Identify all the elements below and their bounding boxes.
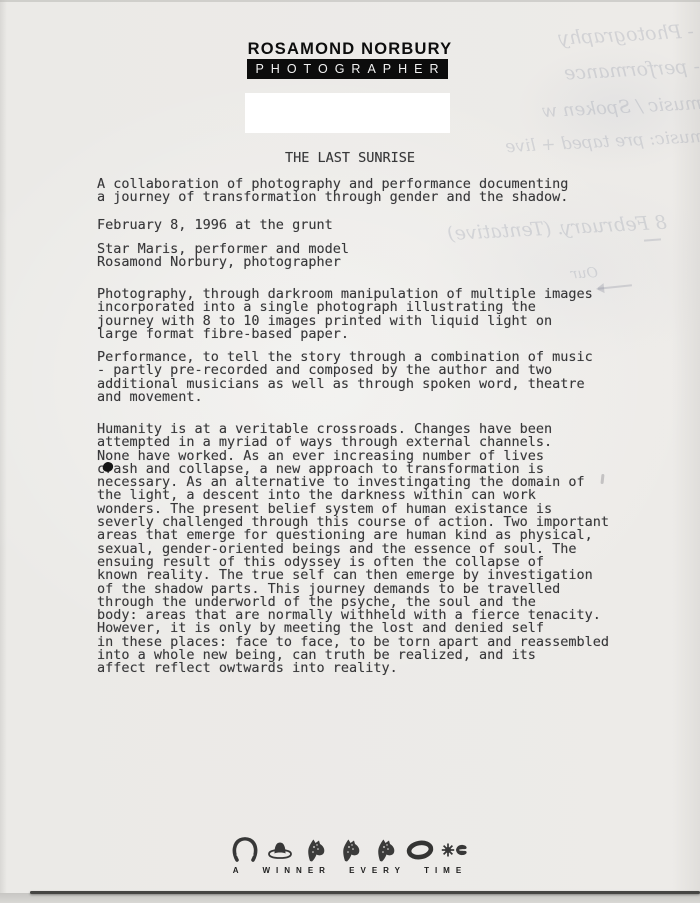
handwriting-note: music: pre taped + live: [466, 127, 700, 160]
letterhead-profession-bar: PHOTOGRAPHER: [247, 59, 448, 79]
horse-head-icon: [301, 836, 329, 864]
spur-icon: [441, 836, 469, 864]
horse-head-icon: [371, 836, 399, 864]
scanned-letter-page: ROSAMOND NORBURY PHOTOGRAPHER - Photogra…: [0, 0, 700, 903]
letterhead-profession-label: PHOTOGRAPHER: [255, 62, 445, 76]
scan-background-strip: [0, 893, 700, 903]
handwriting-date-note: 8 February. (Tentative): [462, 212, 668, 245]
footer-tagline: A WINNER EVERY TIME: [0, 866, 700, 875]
credits-block: Star Maris, performer and model Rosamond…: [97, 243, 645, 270]
document-title: THE LAST SUNRISE: [285, 150, 415, 166]
belt-buckle-icon: [406, 836, 434, 864]
scan-top-edge: [0, 0, 700, 2]
handwriting-note: music / Spoken w: [466, 93, 700, 126]
handwriting-side-note: Our: [560, 265, 599, 283]
body-paragraph: Humanity is at a veritable crossroads. C…: [97, 423, 645, 676]
cowboy-hat-icon: [266, 836, 294, 864]
scan-page-edge: [30, 891, 700, 894]
prize-stamps-row: [0, 836, 700, 864]
performance-paragraph: Performance, to tell the story through a…: [97, 351, 645, 404]
horseshoe-icon: [231, 836, 259, 864]
horse-head-icon: [336, 836, 364, 864]
photography-paragraph: Photography, through darkroom manipulati…: [97, 288, 645, 341]
handwriting-note: - performance: [528, 56, 700, 87]
handwriting-underline: [644, 238, 661, 241]
intro-paragraph: A collaboration of photography and perfo…: [97, 178, 645, 205]
whiteout-redaction-box: [245, 93, 450, 133]
